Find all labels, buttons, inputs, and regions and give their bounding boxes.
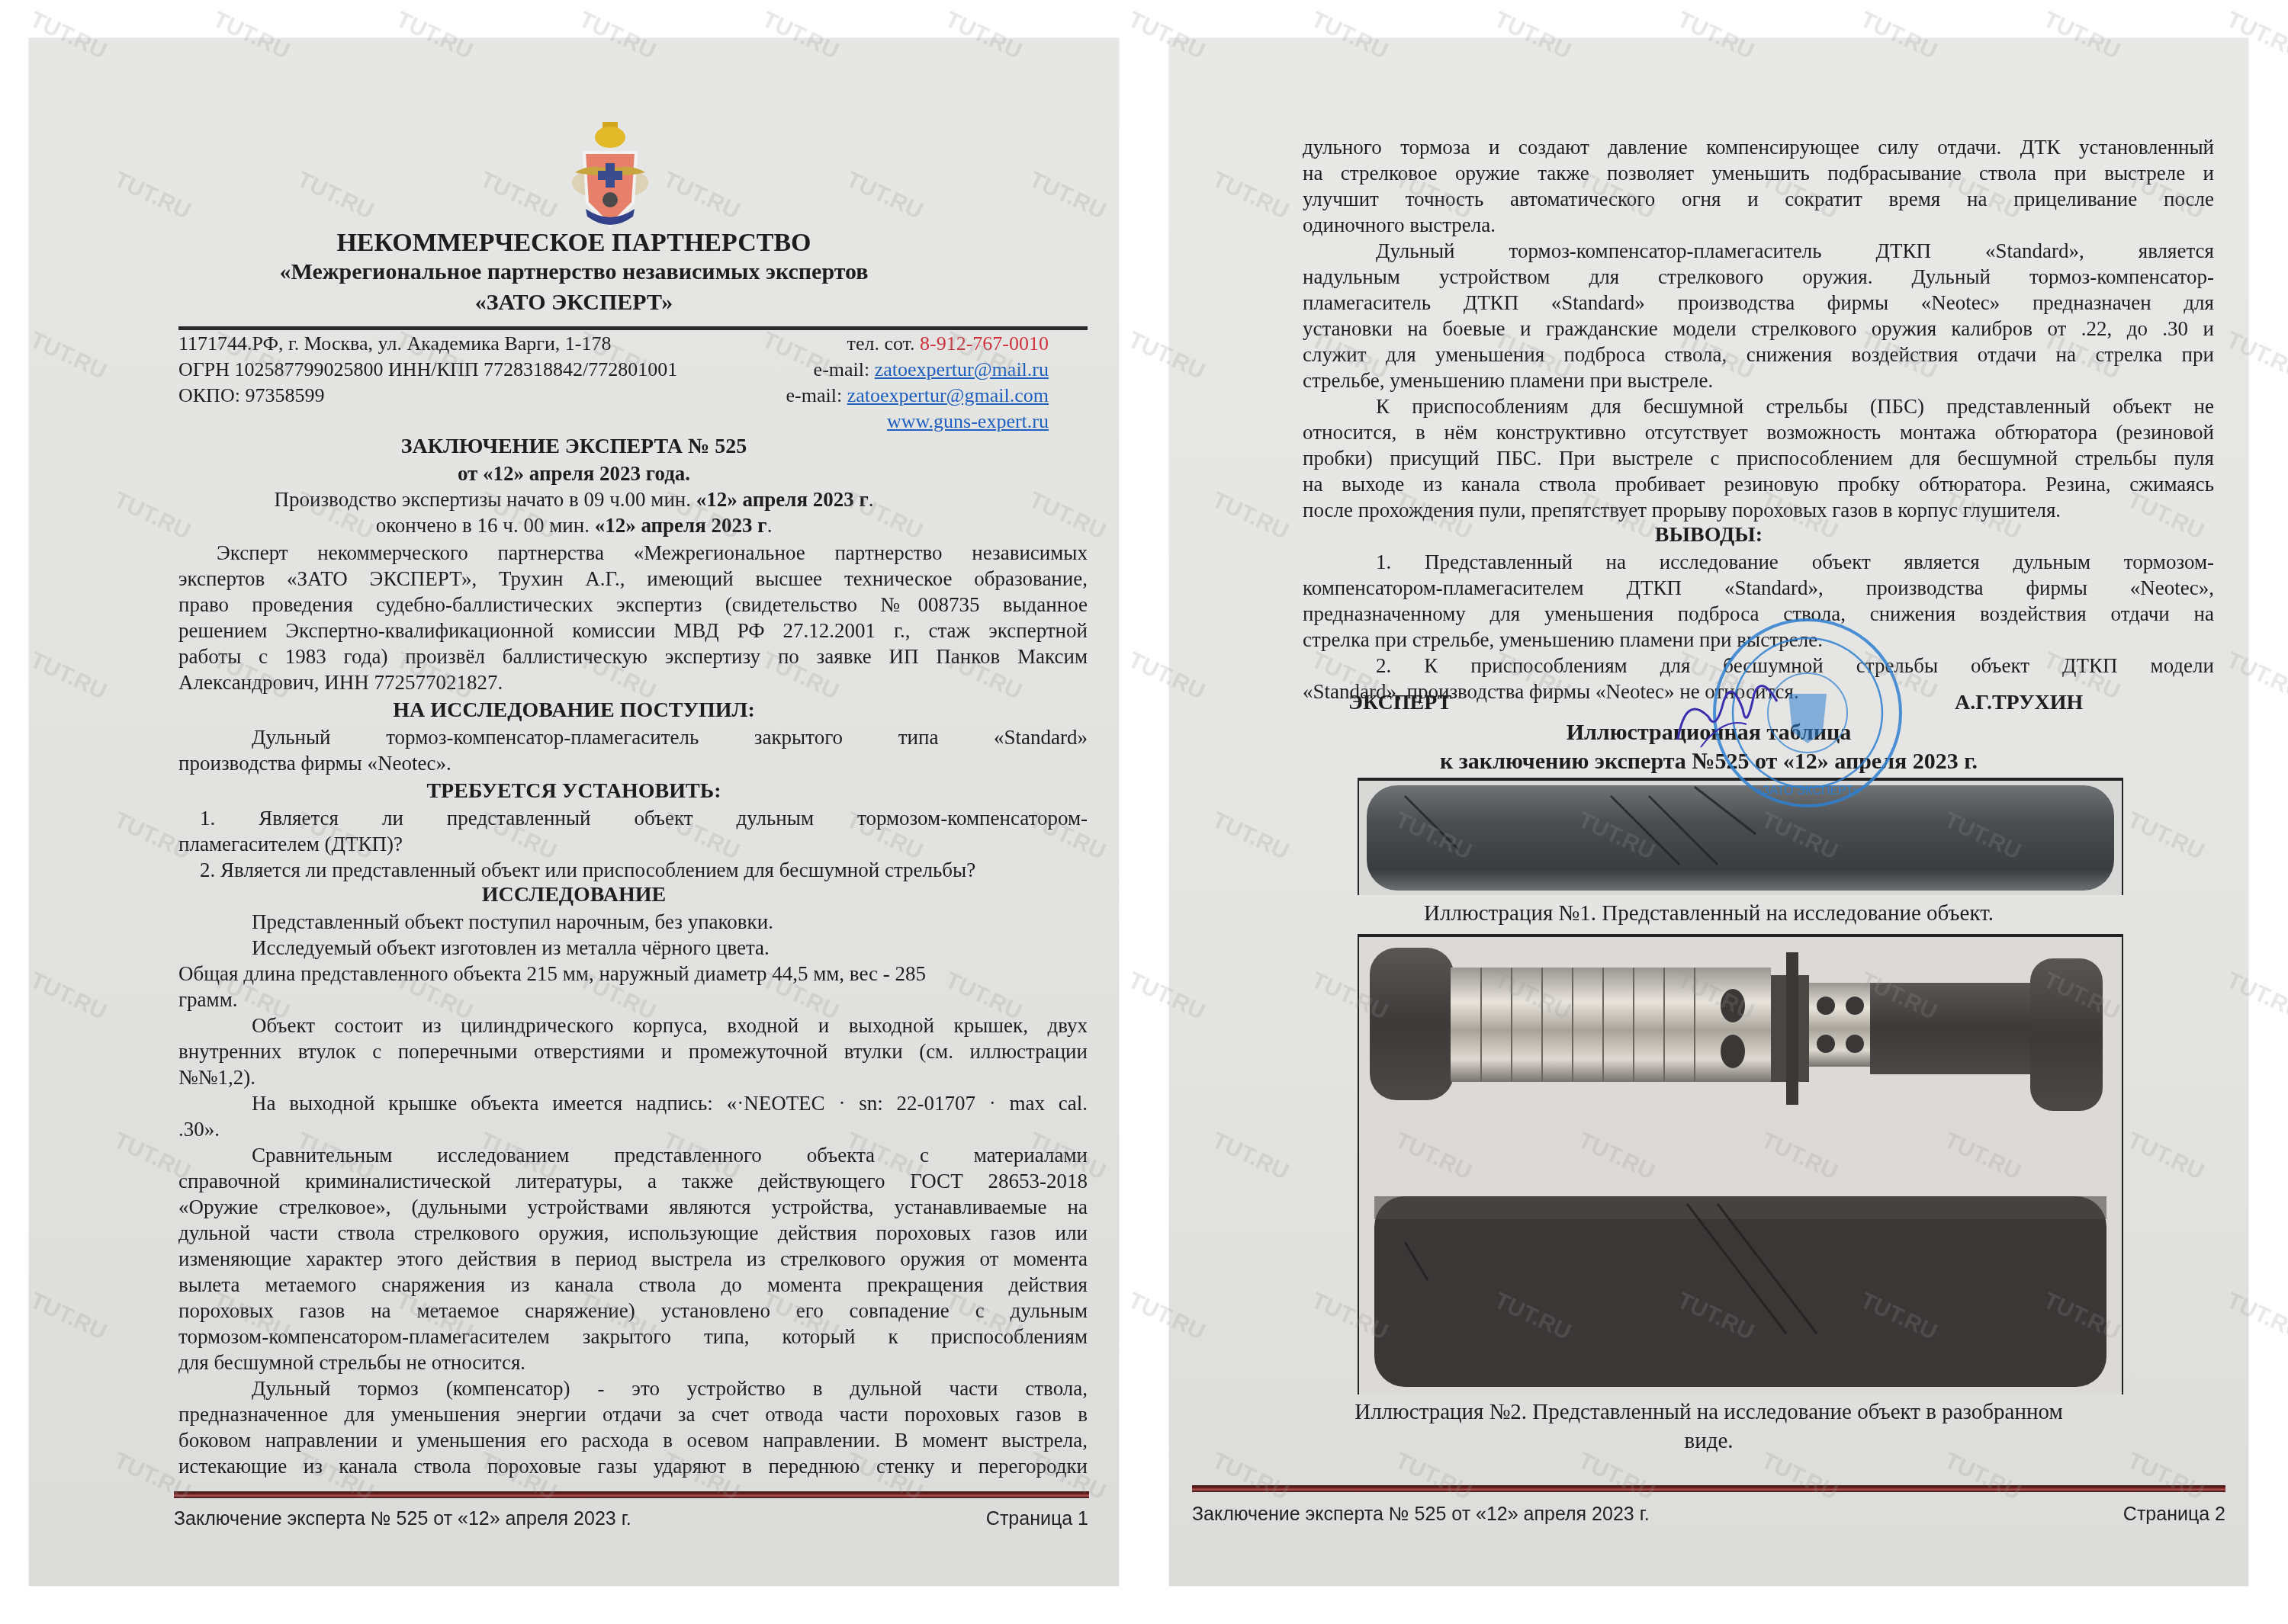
org-name-line-1: НЕКОММЕРЧЕСКОЕ ПАРТНЕРСТВО <box>29 229 1119 258</box>
email-line-1: e-mail: zatoexpertur@mail.ru <box>786 357 1049 383</box>
header-divider <box>178 326 1088 330</box>
text-line: Александрович, ИНН 772577021827. <box>178 669 1088 695</box>
okpo: ОКПО: 97358599 <box>178 383 677 409</box>
figure-1-photo <box>1358 778 2123 895</box>
illustration-table-title: Иллюстрационная таблица <box>1169 720 2248 746</box>
punct: . <box>767 514 773 537</box>
research-body: Представленный объект поступил нарочным,… <box>178 909 1088 1479</box>
exam-end: окончено в 16 ч. 00 мин. «12» апреля 202… <box>29 514 1119 538</box>
intro-paragraph: Эксперт некоммерческого партнерства «Меж… <box>178 540 1088 695</box>
website-link[interactable]: www.guns-expert.ru <box>887 410 1049 432</box>
research-p6: справочной криминалистической литературы… <box>178 1168 1088 1194</box>
research-p7: боковом направлении и уменьшения его рас… <box>178 1427 1088 1453</box>
research-p3: Общая длина представленного объекта 215 … <box>178 961 1088 987</box>
text-line: пламегаситель ДТКП «Standard» производст… <box>1303 290 2214 316</box>
org-name-line-2: «Межрегиональное партнерство независимых… <box>29 259 1119 285</box>
emblem-eagle-shield-crown-icon <box>567 119 653 233</box>
ogrn-inn: ОГРН 102587799025800 ИНН/КПП 7728318842/… <box>178 357 677 383</box>
section-heading-questions: ТРЕБУЕТСЯ УСТАНОВИТЬ: <box>29 779 1119 804</box>
research-p7: предназначенное для уменьшения энергии о… <box>178 1401 1088 1427</box>
research-p2: Исследуемый объект изготовлен из металла… <box>178 935 1088 961</box>
text-line: Дульный тормоз-компенсатор-пламегаситель… <box>178 724 1088 750</box>
text-line: пробки) присущий ПБС. При выстреле с при… <box>1303 445 2214 471</box>
text-line: на стрелковое оружие также позволяет уме… <box>1303 160 2214 186</box>
photo-disassembled-muzzle-device-icon <box>1359 937 2122 1395</box>
text-line: установки на боевые и гражданские модели… <box>1303 316 2214 342</box>
research-p7: Дульный тормоз (компенсатор) - это устро… <box>178 1375 1088 1401</box>
document-title: ЗАКЛЮЧЕНИЕ ЭКСПЕРТА № 525 <box>29 435 1119 459</box>
punct: . <box>869 488 874 511</box>
research-p3: грамм. <box>178 987 1088 1013</box>
figure-2-caption: Иллюстрация №2. Представленный на исслед… <box>1169 1400 2248 1425</box>
conclusion-1: компенсатором-пламегасителем ДТКП «Stand… <box>1303 575 2214 601</box>
email-link-1[interactable]: zatoexpertur@mail.ru <box>875 358 1049 380</box>
conclusion-1: стрелка при стрельбе, уменьшению пламени… <box>1303 627 2214 653</box>
text-line: экспертов «ЗАТО ЭКСПЕРТ», Трухин А.Г., и… <box>178 566 1088 592</box>
address: 1171744.РФ, г. Москва, ул. Академика Вар… <box>178 331 677 357</box>
research-p6: изменяющие характер этого действия в пер… <box>178 1246 1088 1272</box>
expert-name: А.Г.ТРУХИН <box>1955 691 2083 715</box>
text-line: право проведения судебно-баллистических … <box>178 592 1088 618</box>
research-p5: .30». <box>178 1116 1088 1142</box>
section-heading-research: ИССЛЕДОВАНИЕ <box>29 883 1119 907</box>
text-line: служит для уменьшения подброса ствола, с… <box>1303 342 2214 367</box>
footer-document-ref: Заключение эксперта № 525 от «12» апреля… <box>1192 1504 1650 1526</box>
research-p6: тормозом-компенсатором-пламегасителем за… <box>178 1324 1088 1350</box>
questions-list: 1. Является ли представленный объект дул… <box>178 805 1088 883</box>
question-item-1: 1. Является ли представленный объект дул… <box>178 805 1088 831</box>
text-line: К приспособлениям для бесшумной стрельбы… <box>1303 393 2214 419</box>
research-p6: «Оружие стрелковое», (дульными устройств… <box>178 1194 1088 1220</box>
text-line: относится, в нём конструктивно отсутству… <box>1303 419 2214 445</box>
email-label: e-mail: <box>786 384 847 406</box>
phone-line: тел. сот. 8-912-767-0010 <box>786 331 1049 357</box>
received-paragraph: Дульный тормоз-компенсатор-пламегаситель… <box>178 724 1088 776</box>
research-p6: вылета метаемого снаряжения из канала ст… <box>178 1272 1088 1298</box>
org-registration-block: 1171744.РФ, г. Москва, ул. Академика Вар… <box>178 331 677 409</box>
email-line-2: e-mail: zatoexpertur@gmail.com <box>786 383 1049 409</box>
figure-2-photo <box>1358 934 2123 1395</box>
website-line: www.guns-expert.ru <box>786 409 1049 435</box>
text-line: Эксперт некоммерческого партнерства «Меж… <box>178 540 1088 566</box>
exam-start-text: Производство экспертизы начато в 09 ч.00… <box>274 488 696 511</box>
research-p6: дульной части ствола стрелкового оружия,… <box>178 1220 1088 1246</box>
figure-2-caption-cont: виде. <box>1169 1429 2248 1454</box>
conclusion-1: 1. Представленный на исследование объект… <box>1303 549 2214 575</box>
research-p7: истекающие из канала ствола пороховые га… <box>178 1453 1088 1479</box>
exam-start-date: «12» апреля 2023 г <box>696 488 869 511</box>
text-line: улучшит точность автоматического огня и … <box>1303 186 2214 212</box>
research-p6: Сравнительным исследованием представленн… <box>178 1142 1088 1168</box>
conclusions-list: 1. Представленный на исследование объект… <box>1303 549 2214 704</box>
text-line: надульным устройством для стрелкового ор… <box>1303 264 2214 290</box>
illustration-table-subtitle: к заключению эксперта №525 от «12» апрел… <box>1169 749 2248 775</box>
research-p6: для бесшумной стрельбы не относится. <box>178 1350 1088 1375</box>
text-line: Дульный тормоз-компенсатор-пламегаситель… <box>1303 238 2214 264</box>
expert-role: ЭКСПЕРТ <box>1348 691 1451 715</box>
document-page-1: НЕКОММЕРЧЕСКОЕ ПАРТНЕРСТВО «Межрегиональ… <box>29 38 1119 1586</box>
document-page-2: дульного тормоза и создают давление комп… <box>1169 38 2248 1586</box>
exam-end-text: окончено в 16 ч. 00 мин. <box>376 514 595 537</box>
phone-number[interactable]: 8-912-767-0010 <box>920 332 1049 355</box>
footer-rule <box>1192 1485 2225 1492</box>
text-line: после прохождения пули, препятствует про… <box>1303 497 2214 523</box>
email-label: e-mail: <box>814 358 875 380</box>
figure-1-caption: Иллюстрация №1. Представленный на исслед… <box>1169 901 2248 926</box>
text-line: дульного тормоза и создают давление комп… <box>1303 134 2214 160</box>
org-name-line-3: «ЗАТО ЭКСПЕРТ» <box>29 290 1119 316</box>
email-link-2[interactable]: zatoexpertur@gmail.com <box>847 384 1049 406</box>
section-heading-conclusions: ВЫВОДЫ: <box>1169 523 2248 547</box>
footer-page-number: Страница 2 <box>2123 1504 2225 1526</box>
footer-document-ref: Заключение эксперта № 525 от «12» апреля… <box>174 1508 631 1530</box>
section-heading-received: НА ИССЛЕДОВАНИЕ ПОСТУПИЛ: <box>29 698 1119 723</box>
research-p4: внутренних втулок с поперечными отверсти… <box>178 1038 1088 1064</box>
question-item-1-cont: пламегасителем (ДТКП)? <box>178 831 1088 857</box>
research-p6: пороховых газов на метаемое снаряжение) … <box>178 1298 1088 1324</box>
text-line: стрельбе, уменьшению пламени при выстрел… <box>1303 367 2214 393</box>
footer-rule <box>174 1491 1089 1498</box>
text-line: производства фирмы «Neotec». <box>178 750 1088 776</box>
text-line: одиночного выстрела. <box>1303 212 2214 238</box>
conclusion-2: 2. К приспособлениям для бесшумной стрел… <box>1303 653 2214 679</box>
research-p4: Объект состоит из цилиндрического корпус… <box>178 1013 1088 1038</box>
research-p1: Представленный объект поступил нарочным,… <box>178 909 1088 935</box>
phone-label: тел. сот. <box>847 332 920 355</box>
exam-end-date: «12» апреля 2023 г <box>595 514 767 537</box>
conclusion-1: предназначенному для уменьшения подброса… <box>1303 601 2214 627</box>
continuation-paragraphs: дульного тормоза и создают давление комп… <box>1303 134 2214 523</box>
text-line: решением Экспертно-квалификационной коми… <box>178 618 1088 644</box>
text-line: на выходе из канала ствола пробивает рез… <box>1303 471 2214 497</box>
footer-page-number: Страница 1 <box>986 1508 1088 1530</box>
photo-assembled-muzzle-device-icon <box>1359 781 2122 895</box>
research-p4: №№1,2). <box>178 1064 1088 1090</box>
text-line: работы с 1983 года) произвёл баллистичес… <box>178 644 1088 669</box>
question-item-2: 2. Является ли представленный объект или… <box>178 857 1088 883</box>
document-date: от «12» апреля 2023 года. <box>29 462 1119 486</box>
research-p5: На выходной крышке объекта имеется надпи… <box>178 1090 1088 1116</box>
org-contacts-block: тел. сот. 8-912-767-0010 e-mail: zatoexp… <box>786 331 1049 435</box>
exam-start: Производство экспертизы начато в 09 ч.00… <box>29 488 1119 512</box>
